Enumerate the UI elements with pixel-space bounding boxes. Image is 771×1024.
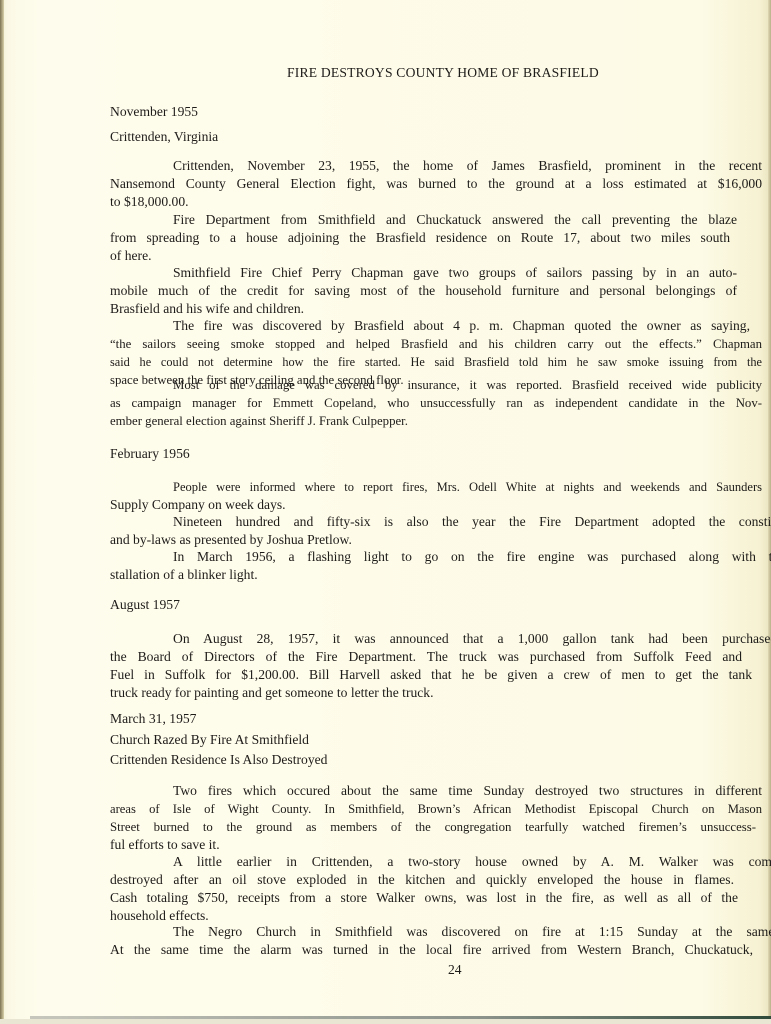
paragraph: Most of the damage was covered by insura… xyxy=(110,376,762,430)
paragraph: Fire Department from Smithfield and Chuc… xyxy=(110,211,762,265)
paragraph: On August 28, 1957, it was announced tha… xyxy=(110,630,762,702)
page-number: 24 xyxy=(448,962,462,978)
page-left-edge xyxy=(0,0,4,1024)
paragraph: Nineteen hundred and fifty-six is also t… xyxy=(110,513,762,549)
paragraph: Two fires which occured about the same t… xyxy=(110,782,762,854)
paragraph: A little earlier in Crittenden, a two-st… xyxy=(110,853,762,925)
section-subheadline: Crittenden Residence Is Also Destroyed xyxy=(110,752,327,768)
section-headline: Church Razed By Fire At Smithfield xyxy=(110,732,309,748)
section-date: August 1957 xyxy=(110,597,180,613)
page-bottom-strip xyxy=(0,1019,771,1024)
paragraph: People were informed where to report fir… xyxy=(110,478,762,514)
section-date: February 1956 xyxy=(110,446,190,462)
section-date: March 31, 1957 xyxy=(110,711,196,727)
paragraph: Crittenden, November 23, 1955, the home … xyxy=(110,157,762,211)
section-place: Crittenden, Virginia xyxy=(110,129,218,145)
paragraph: Smithfield Fire Chief Perry Chapman gave… xyxy=(110,264,762,318)
paragraph: The Negro Church in Smithfield was disco… xyxy=(110,923,762,959)
paragraph: In March 1956, a flashing light to go on… xyxy=(110,548,762,584)
section-date: November 1955 xyxy=(110,104,198,120)
scanned-page: FIRE DESTROYS COUNTY HOME OF BRASFIELD N… xyxy=(0,0,771,1024)
page-title: FIRE DESTROYS COUNTY HOME OF BRASFIELD xyxy=(0,65,771,81)
